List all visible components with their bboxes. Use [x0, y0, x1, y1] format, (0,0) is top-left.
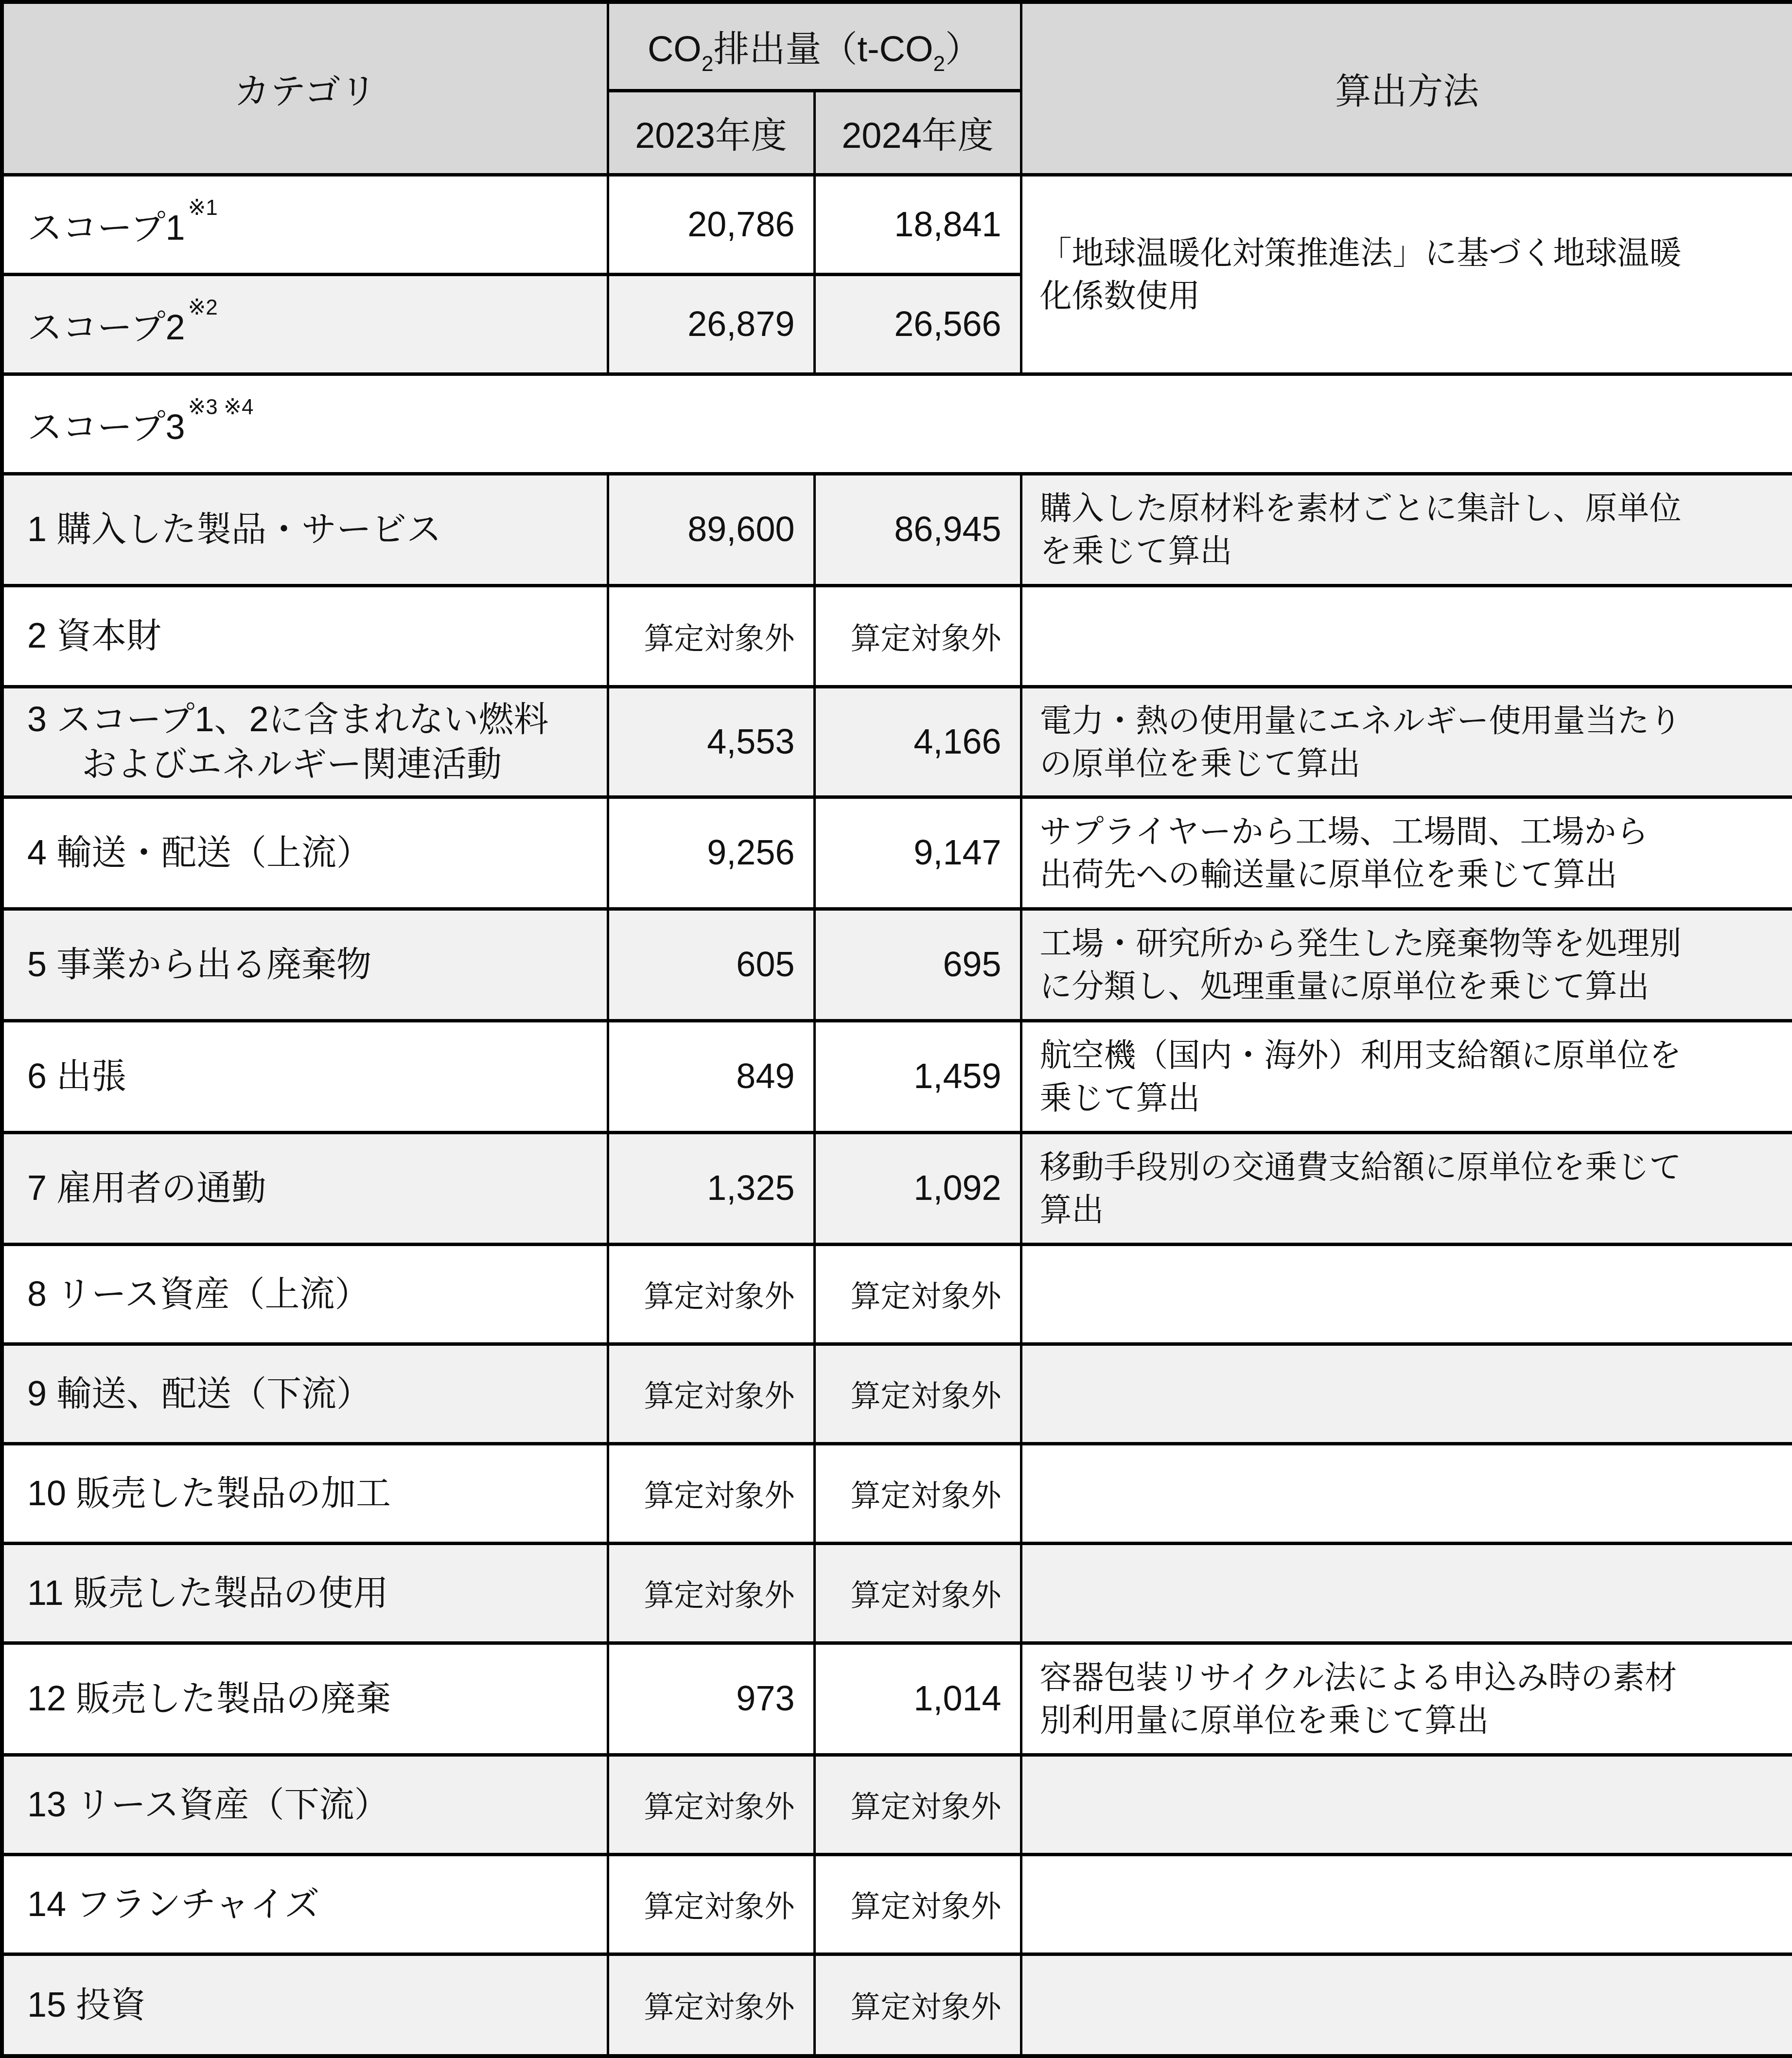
fy2023-value-cell: 849	[608, 1020, 814, 1132]
scope1-row: スコープ1※1 20,786 18,841 「地球温暖化対策推進法」に基づく地球…	[2, 175, 1792, 274]
fy2024-value-cell: 算定対象外	[814, 1543, 1021, 1643]
fy2023-value-cell: 1,325	[608, 1132, 814, 1244]
table-row-cat6: 6 出張 849 1,459 航空機（国内・海外）利用支給額に原単位を 乗じて算…	[2, 1020, 1792, 1132]
fy2023-value-cell: 605	[608, 909, 814, 1020]
table-row-cat3: 3 スコープ1、2に含まれない燃料 およびエネルギー関連活動 4,553 4,1…	[2, 686, 1792, 797]
category-cell: 12 販売した製品の廃棄	[2, 1643, 608, 1755]
fy2024-value-cell: 算定対象外	[814, 1854, 1021, 1954]
header-emissions-text: 排出量（t-CO	[713, 29, 933, 69]
scope3-label: スコープ3	[27, 408, 185, 447]
co2-subscript: 2	[933, 52, 945, 76]
table-row-cat1: 1 購入した製品・サービス 89,600 86,945 購入した原材料を素材ごと…	[2, 474, 1792, 585]
fy2023-value-cell: 算定対象外	[608, 585, 814, 686]
category-cell: 2 資本財	[2, 585, 608, 686]
table-row-cat13: 13 リース資産（下流） 算定対象外 算定対象外	[2, 1755, 1792, 1854]
fy2024-value-cell: 9,147	[814, 797, 1021, 909]
fy2024-value-cell: 1,459	[814, 1020, 1021, 1132]
fy2023-value-cell: 89,600	[608, 474, 814, 585]
fy2024-value-cell: 86,945	[814, 474, 1021, 585]
table-row-cat14: 14 フランチャイズ 算定対象外 算定対象外	[2, 1854, 1792, 1954]
method-cell	[1021, 1344, 1792, 1443]
method-cell: 電力・熱の使用量にエネルギー使用量当たり の原単位を乗じて算出	[1021, 686, 1792, 797]
fy2024-value-cell: 算定対象外	[814, 1954, 1021, 2056]
category-cell: 6 出張	[2, 1020, 608, 1132]
fy2023-value-cell: 20,786	[608, 175, 814, 274]
header-method: 算出方法	[1021, 2, 1792, 175]
scope2-label: スコープ2	[27, 308, 185, 347]
scope1-label: スコープ1	[27, 209, 185, 247]
table-row-cat9: 9 輸送、配送（下流） 算定対象外 算定対象外	[2, 1344, 1792, 1443]
header-emissions-text: CO	[648, 29, 702, 69]
category-cell: 5 事業から出る廃棄物	[2, 909, 608, 1020]
method-cell: 移動手段別の交通費支給額に原単位を乗じて 算出	[1021, 1132, 1792, 1244]
method-cell	[1021, 1543, 1792, 1643]
fy2023-value-cell: 26,879	[608, 274, 814, 374]
fy2024-value-cell: 26,566	[814, 274, 1021, 374]
co2-subscript: 2	[702, 52, 713, 76]
method-cell	[1021, 1854, 1792, 1954]
method-cell	[1021, 1755, 1792, 1854]
method-cell	[1021, 1443, 1792, 1543]
table-row-cat15: 15 投資 算定対象外 算定対象外	[2, 1954, 1792, 2056]
method-cell: サプライヤーから工場、工場間、工場から 出荷先への輸送量に原単位を乗じて算出	[1021, 797, 1792, 909]
co2-emissions-table: カテゴリ CO2排出量（t-CO2） 算出方法 2023年度 2024年度 スコ…	[0, 0, 1792, 2058]
fy2024-value-cell: 695	[814, 909, 1021, 1020]
fy2024-value-cell: 算定対象外	[814, 1344, 1021, 1443]
method-cell: 購入した原材料を素材ごとに集計し、原単位 を乗じて算出	[1021, 474, 1792, 585]
method-cell	[1021, 1954, 1792, 2056]
method-cell	[1021, 1244, 1792, 1344]
fy2024-value-cell: 1,092	[814, 1132, 1021, 1244]
header-row-1: カテゴリ CO2排出量（t-CO2） 算出方法	[2, 2, 1792, 90]
fy2024-value-cell: 18,841	[814, 175, 1021, 274]
table-row-cat10: 10 販売した製品の加工 算定対象外 算定対象外	[2, 1443, 1792, 1543]
category-cell: 11 販売した製品の使用	[2, 1543, 608, 1643]
header-emissions-text: ）	[945, 29, 981, 69]
fy2023-value-cell: 算定対象外	[608, 1954, 814, 2056]
category-cell: 15 投資	[2, 1954, 608, 2056]
footnote-ref: ※2	[188, 296, 217, 319]
scope3-row: スコープ3※3 ※4	[2, 374, 1792, 474]
category-cell: スコープ1※1	[2, 175, 608, 274]
table-row-cat12: 12 販売した製品の廃棄 973 1,014 容器包装リサイクル法による申込み時…	[2, 1643, 1792, 1755]
scope12-method-cell: 「地球温暖化対策推進法」に基づく地球温暖 化係数使用	[1021, 175, 1792, 374]
method-cell: 工場・研究所から発生した廃棄物等を処理別 に分類し、処理重量に原単位を乗じて算出	[1021, 909, 1792, 1020]
method-cell	[1021, 585, 1792, 686]
footnote-ref: ※3 ※4	[188, 395, 253, 419]
fy2024-value-cell: 4,166	[814, 686, 1021, 797]
fy2023-value-cell: 973	[608, 1643, 814, 1755]
table-row-cat5: 5 事業から出る廃棄物 605 695 工場・研究所から発生した廃棄物等を処理別…	[2, 909, 1792, 1020]
fy2023-value-cell: 算定対象外	[608, 1543, 814, 1643]
table-row-cat8: 8 リース資産（上流） 算定対象外 算定対象外	[2, 1244, 1792, 1344]
fy2023-value-cell: 算定対象外	[608, 1344, 814, 1443]
category-cell: 3 スコープ1、2に含まれない燃料 およびエネルギー関連活動	[2, 686, 608, 797]
category-cell: 9 輸送、配送（下流）	[2, 1344, 608, 1443]
fy2024-value-cell: 算定対象外	[814, 1755, 1021, 1854]
category-cell: 1 購入した製品・サービス	[2, 474, 608, 585]
header-fy2023: 2023年度	[608, 90, 814, 175]
fy2023-value-cell: 算定対象外	[608, 1755, 814, 1854]
table-row-cat11: 11 販売した製品の使用 算定対象外 算定対象外	[2, 1543, 1792, 1643]
category-cell: 7 雇用者の通勤	[2, 1132, 608, 1244]
category-cell: 13 リース資産（下流）	[2, 1755, 608, 1854]
fy2023-value-cell: 算定対象外	[608, 1244, 814, 1344]
fy2024-value-cell: 算定対象外	[814, 1244, 1021, 1344]
fy2023-value-cell: 4,553	[608, 686, 814, 797]
category-cell: 4 輸送・配送（上流）	[2, 797, 608, 909]
fy2023-value-cell: 算定対象外	[608, 1854, 814, 1954]
category-cell: スコープ2※2	[2, 274, 608, 374]
table-row-cat7: 7 雇用者の通勤 1,325 1,092 移動手段別の交通費支給額に原単位を乗じ…	[2, 1132, 1792, 1244]
header-emissions: CO2排出量（t-CO2）	[608, 2, 1021, 90]
fy2023-value-cell: 算定対象外	[608, 1443, 814, 1543]
footnote-ref: ※1	[188, 196, 217, 220]
method-cell: 航空機（国内・海外）利用支給額に原単位を 乗じて算出	[1021, 1020, 1792, 1132]
fy2023-value-cell: 9,256	[608, 797, 814, 909]
table-row-cat2: 2 資本財 算定対象外 算定対象外	[2, 585, 1792, 686]
fy2024-value-cell: 1,014	[814, 1643, 1021, 1755]
category-cell: 10 販売した製品の加工	[2, 1443, 608, 1543]
scope3-cell: スコープ3※3 ※4	[2, 374, 1792, 474]
header-fy2024: 2024年度	[814, 90, 1021, 175]
table-row-cat4: 4 輸送・配送（上流） 9,256 9,147 サプライヤーから工場、工場間、工…	[2, 797, 1792, 909]
fy2024-value-cell: 算定対象外	[814, 585, 1021, 686]
fy2024-value-cell: 算定対象外	[814, 1443, 1021, 1543]
header-category: カテゴリ	[2, 2, 608, 175]
method-cell: 容器包装リサイクル法による申込み時の素材 別利用量に原単位を乗じて算出	[1021, 1643, 1792, 1755]
category-cell: 14 フランチャイズ	[2, 1854, 608, 1954]
category-cell: 8 リース資産（上流）	[2, 1244, 608, 1344]
